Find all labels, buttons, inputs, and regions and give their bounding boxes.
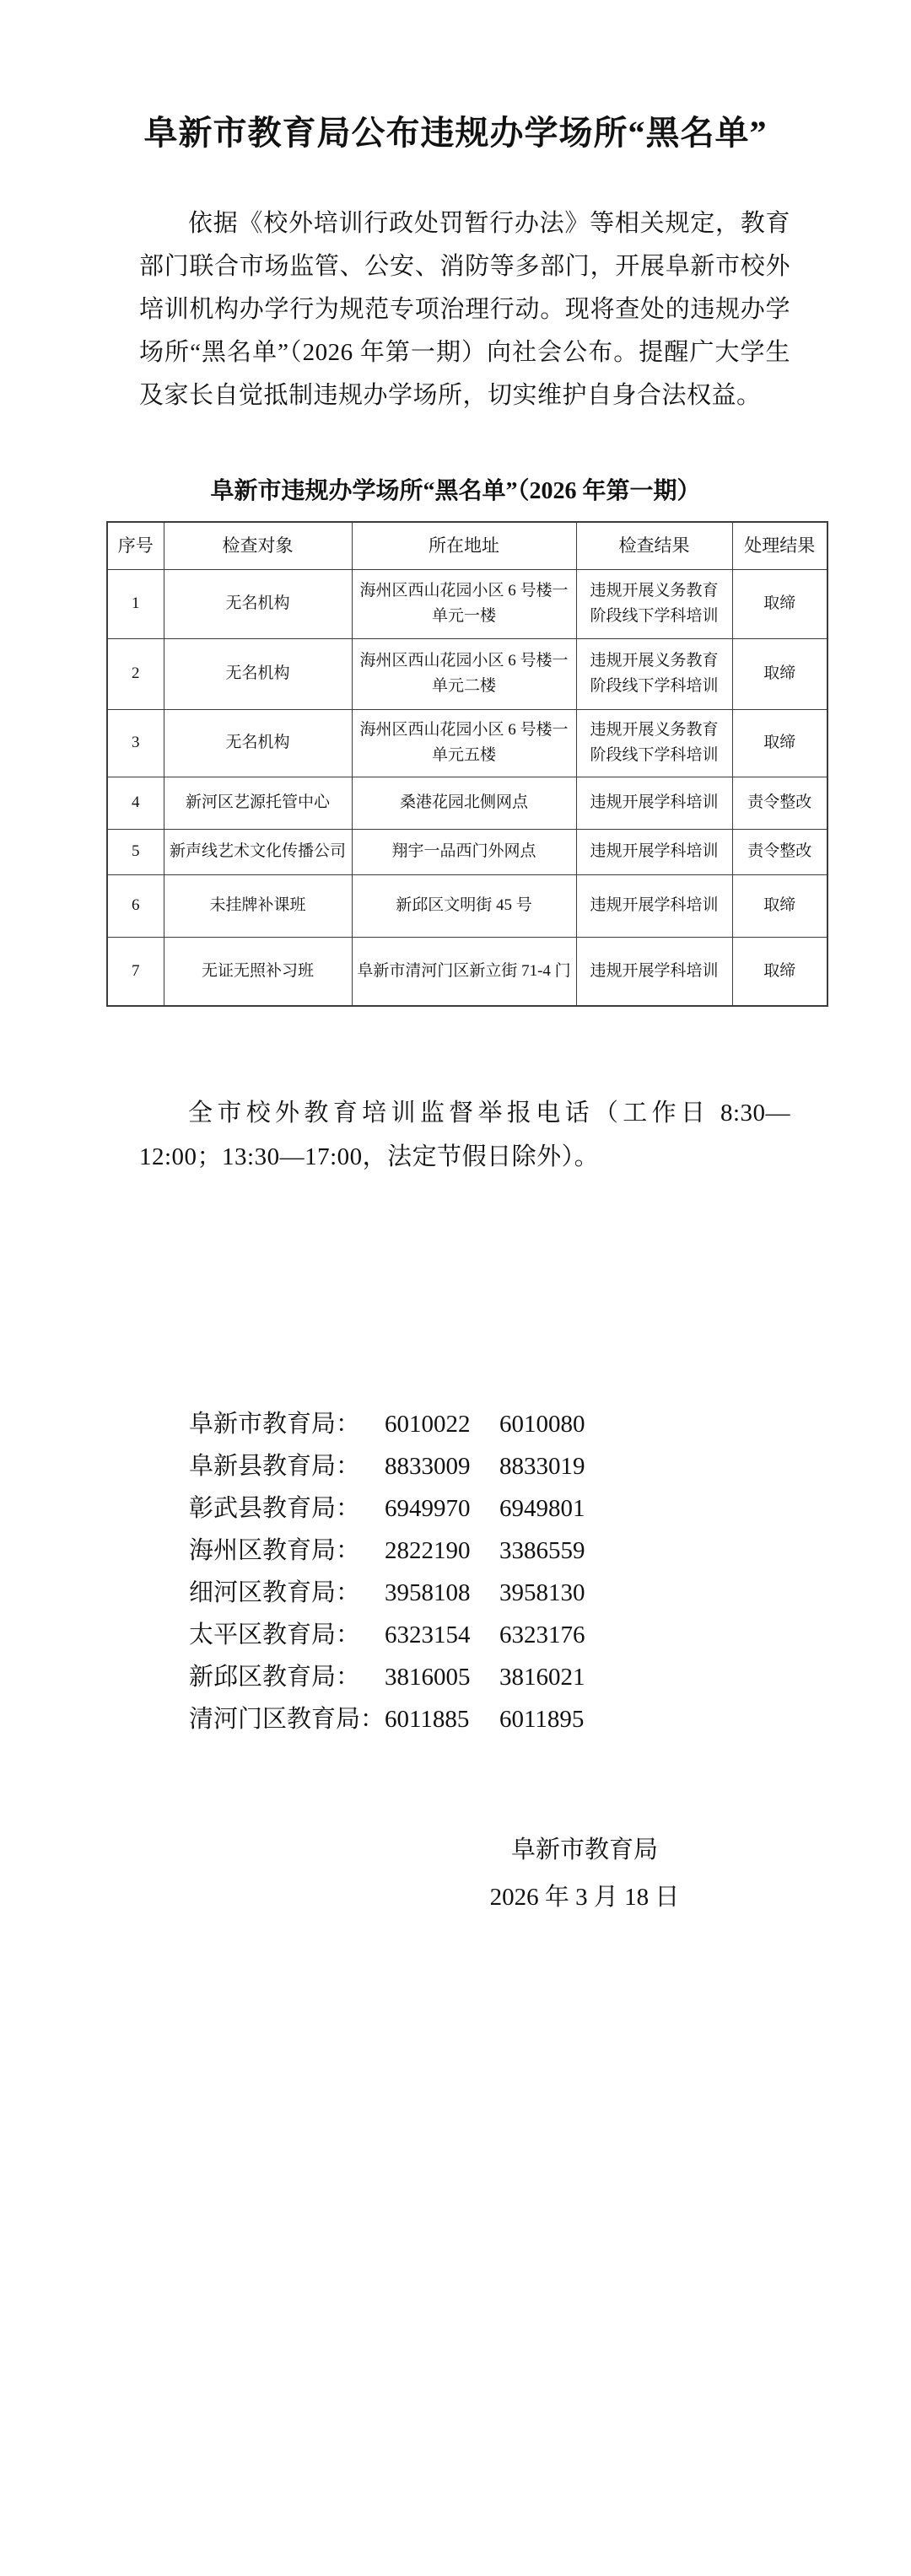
cell-finding: 违规开展义务教育 阶段线下学科培训 <box>576 709 732 777</box>
table-row: 3 无名机构 海州区西山花园小区 6 号楼一 单元五楼 违规开展义务教育 阶段线… <box>107 709 827 777</box>
col-header-action: 处理结果 <box>732 522 827 569</box>
cell-finding: 违规开展学科培训 <box>576 874 732 937</box>
phone-number-2: 6323176 <box>499 1614 585 1656</box>
cell-target: 未挂牌补课班 <box>164 874 352 937</box>
document-page: 阜新市教育局公布违规办学场所“黑名单” 依据《校外培训行政处罚暂行办法》等相关规… <box>0 0 911 2576</box>
cell-address: 新邱区文明街 45 号 <box>352 874 576 937</box>
table-row: 2 无名机构 海州区西山花园小区 6 号楼一 单元二楼 违规开展义务教育 阶段线… <box>107 638 827 709</box>
phone-number-2: 3816021 <box>499 1656 585 1698</box>
cell-address: 海州区西山花园小区 6 号楼一 单元一楼 <box>352 569 576 638</box>
phone-number-1: 6011885 <box>385 1698 499 1740</box>
cell-target: 无名机构 <box>164 709 352 777</box>
phone-number-2: 3386559 <box>499 1530 585 1572</box>
table-row: 7 无证无照补习班 阜新市清河门区新立街 71-4 门 违规开展学科培训 取缔 <box>107 937 827 1006</box>
cell-index: 7 <box>107 937 164 1006</box>
document-title: 阜新市教育局公布违规办学场所“黑名单” <box>0 106 911 154</box>
phone-number-1: 6323154 <box>385 1614 499 1656</box>
cell-action: 取缔 <box>732 937 827 1006</box>
phone-label: 太平区教育局： <box>189 1614 385 1656</box>
col-header-target: 检查对象 <box>164 522 352 569</box>
blacklist-table: 序号 检查对象 所在地址 检查结果 处理结果 1 无名机构 海州区西山花园小区 … <box>106 521 828 1007</box>
table-row: 6 未挂牌补课班 新邱区文明街 45 号 违规开展学科培训 取缔 <box>107 874 827 937</box>
cell-index: 1 <box>107 569 164 638</box>
cell-finding: 违规开展学科培训 <box>576 777 732 829</box>
phone-number-1: 6949970 <box>385 1487 499 1530</box>
phone-line: 太平区教育局：63231546323176 <box>189 1614 585 1656</box>
col-header-address: 所在地址 <box>352 522 576 569</box>
cell-action: 取缔 <box>732 709 827 777</box>
cell-index: 6 <box>107 874 164 937</box>
phone-list: 阜新市教育局：60100226010080 阜新县教育局：88330098833… <box>189 1403 585 1740</box>
signature-org: 阜新市教育局 <box>258 1826 911 1874</box>
cell-finding: 违规开展学科培训 <box>576 937 732 1006</box>
table-row: 4 新河区艺源托管中心 桑港花园北侧网点 违规开展学科培训 责令整改 <box>107 777 827 829</box>
cell-index: 4 <box>107 777 164 829</box>
cell-address: 海州区西山花园小区 6 号楼一 单元二楼 <box>352 638 576 709</box>
cell-finding: 违规开展学科培训 <box>576 829 732 874</box>
phone-line: 阜新县教育局：88330098833019 <box>189 1445 585 1487</box>
intro-paragraph: 依据《校外培训行政处罚暂行办法》等相关规定，教育部门联合市场监管、公安、消防等多… <box>139 202 790 417</box>
cell-address: 桑港花园北侧网点 <box>352 777 576 829</box>
cell-address: 阜新市清河门区新立街 71-4 门 <box>352 937 576 1006</box>
phone-line: 新邱区教育局：38160053816021 <box>189 1656 585 1698</box>
col-header-finding: 检查结果 <box>576 522 732 569</box>
phone-number-1: 6010022 <box>385 1403 499 1445</box>
phone-number-1: 8833009 <box>385 1445 499 1487</box>
cell-index: 3 <box>107 709 164 777</box>
phone-number-2: 6010080 <box>499 1403 585 1445</box>
phone-number-2: 6949801 <box>499 1487 585 1530</box>
phone-line: 细河区教育局：39581083958130 <box>189 1572 585 1614</box>
cell-target: 无名机构 <box>164 638 352 709</box>
cell-target: 新声线艺术文化传播公司 <box>164 829 352 874</box>
hotline-paragraph: 全市校外教育培训监督举报电话（工作日 8:30—12:00；13:30—17:0… <box>139 1091 790 1179</box>
phone-number-1: 3958108 <box>385 1572 499 1614</box>
phone-number-2: 6011895 <box>499 1698 584 1740</box>
cell-action: 取缔 <box>732 874 827 937</box>
table-caption: 阜新市违规办学场所“黑名单”（2026 年第一期） <box>0 472 911 506</box>
phone-label: 新邱区教育局： <box>189 1656 385 1698</box>
col-header-index: 序号 <box>107 522 164 569</box>
signature-block: 阜新市教育局 2026 年 3 月 18 日 <box>258 1826 911 1921</box>
phone-label: 细河区教育局： <box>189 1572 385 1614</box>
phone-line: 清河门区教育局：60118856011895 <box>189 1698 585 1740</box>
phone-number-1: 3816005 <box>385 1656 499 1698</box>
table-row: 5 新声线艺术文化传播公司 翔宇一品西门外网点 违规开展学科培训 责令整改 <box>107 829 827 874</box>
phone-number-2: 8833019 <box>499 1445 585 1487</box>
cell-finding: 违规开展义务教育 阶段线下学科培训 <box>576 569 732 638</box>
phone-line: 阜新市教育局：60100226010080 <box>189 1403 585 1445</box>
phone-label: 彰武县教育局： <box>189 1487 385 1530</box>
table-header-row: 序号 检查对象 所在地址 检查结果 处理结果 <box>107 522 827 569</box>
phone-line: 彰武县教育局：69499706949801 <box>189 1487 585 1530</box>
cell-action: 取缔 <box>732 569 827 638</box>
table-row: 1 无名机构 海州区西山花园小区 6 号楼一 单元一楼 违规开展义务教育 阶段线… <box>107 569 827 638</box>
cell-action: 责令整改 <box>732 777 827 829</box>
cell-target: 无证无照补习班 <box>164 937 352 1006</box>
phone-label: 海州区教育局： <box>189 1530 385 1572</box>
cell-target: 无名机构 <box>164 569 352 638</box>
phone-line: 海州区教育局：28221903386559 <box>189 1530 585 1572</box>
phone-number-2: 3958130 <box>499 1572 585 1614</box>
phone-number-1: 2822190 <box>385 1530 499 1572</box>
cell-action: 取缔 <box>732 638 827 709</box>
signature-date: 2026 年 3 月 18 日 <box>258 1874 911 1921</box>
phone-label: 阜新市教育局： <box>189 1403 385 1445</box>
cell-index: 5 <box>107 829 164 874</box>
cell-finding: 违规开展义务教育 阶段线下学科培训 <box>576 638 732 709</box>
cell-address: 翔宇一品西门外网点 <box>352 829 576 874</box>
cell-index: 2 <box>107 638 164 709</box>
phone-label: 清河门区教育局： <box>189 1698 385 1740</box>
cell-action: 责令整改 <box>732 829 827 874</box>
cell-target: 新河区艺源托管中心 <box>164 777 352 829</box>
cell-address: 海州区西山花园小区 6 号楼一 单元五楼 <box>352 709 576 777</box>
phone-label: 阜新县教育局： <box>189 1445 385 1487</box>
